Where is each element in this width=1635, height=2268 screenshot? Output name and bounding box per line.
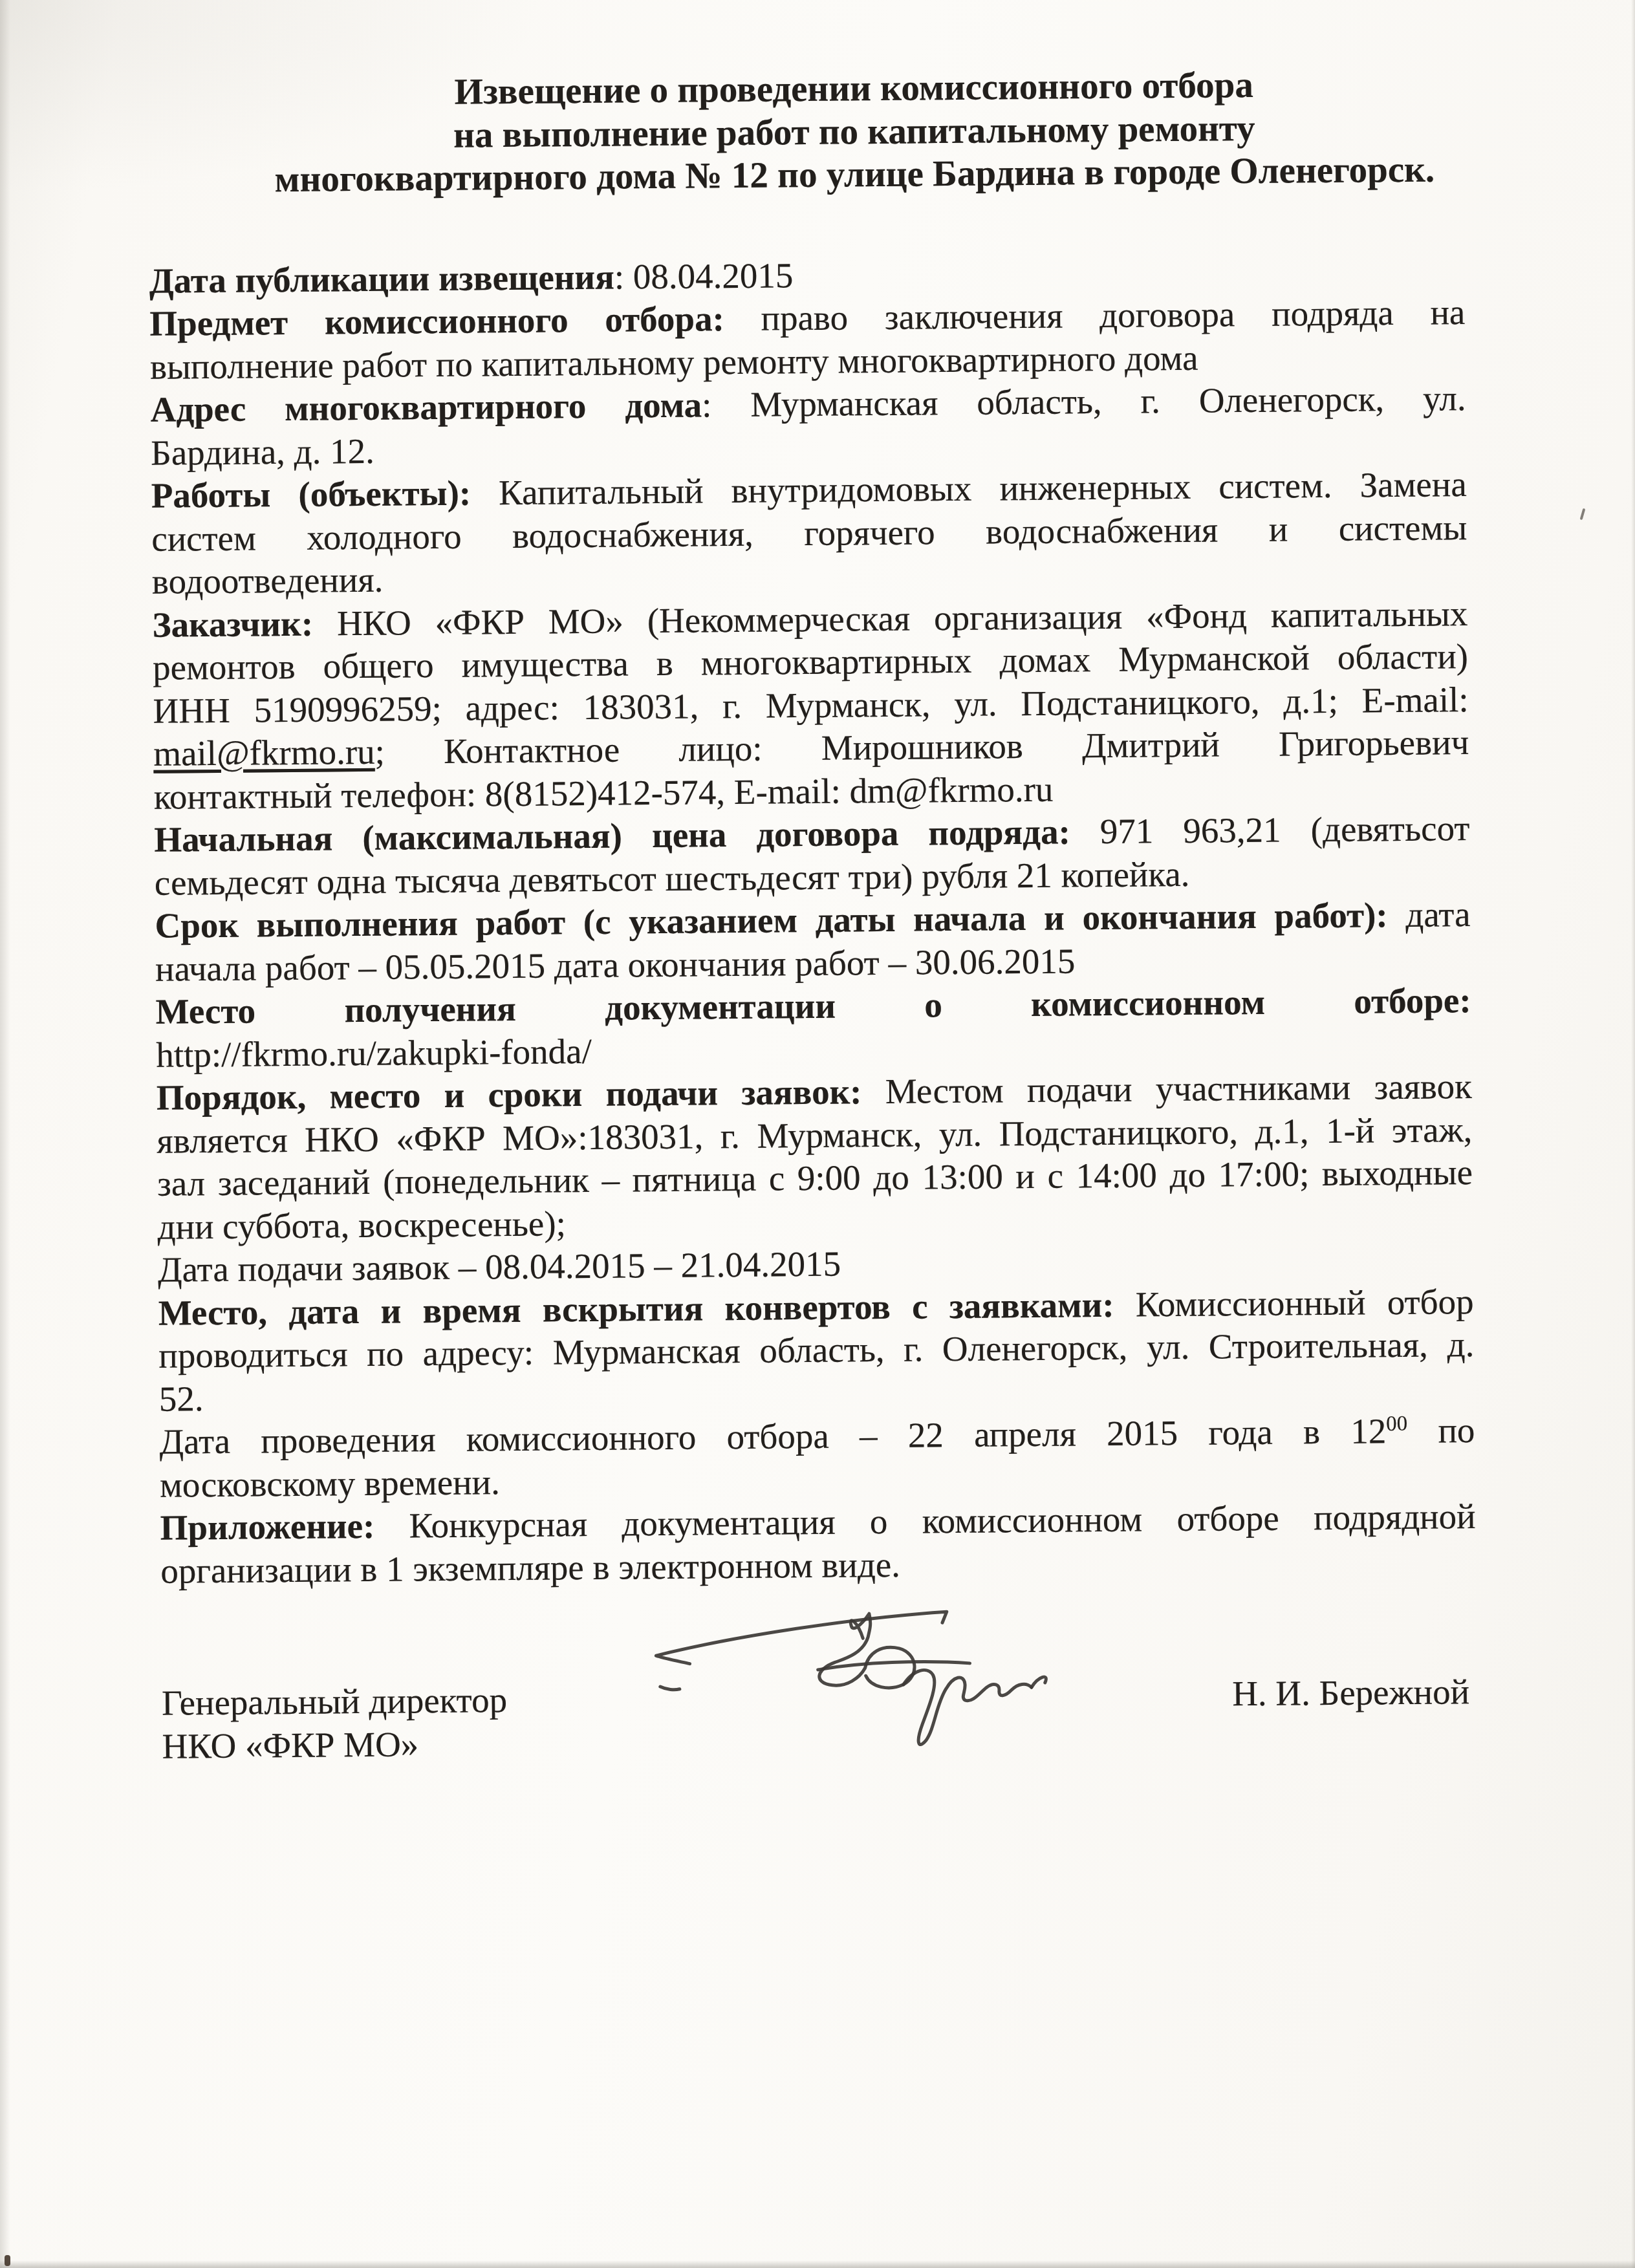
scan-edge-shadow-right — [1631, 0, 1635, 2268]
handwritten-signature — [643, 1598, 1058, 1757]
paragraph-4: Работы (объекты): Капитальный внутридомо… — [151, 463, 1467, 603]
scanned-document-page: Извещение о проведении комиссионного отб… — [0, 0, 1635, 2268]
signatory-name: Н. И. Бережной — [1232, 1670, 1469, 1716]
paragraph-3: Адрес многоквартирного дома: Мурманская … — [150, 377, 1466, 475]
paragraph-9: Порядок, место и сроки подачи заявок: Ме… — [157, 1065, 1473, 1249]
paragraph-12: Дата проведения комиссионного отбора – 2… — [159, 1409, 1475, 1507]
signatory-position: Генеральный директорНКО «ФКР МО» — [162, 1679, 508, 1768]
signatory-position-line2: НКО «ФКР МО» — [162, 1724, 418, 1766]
document-title: Извещение о проведении комиссионного отб… — [147, 62, 1464, 202]
document-content: Извещение о проведении комиссионного отб… — [147, 62, 1478, 1768]
scan-edge-shadow-left — [0, 0, 10, 2268]
paragraph-13: Приложение: Конкурсная документация о ко… — [160, 1495, 1476, 1593]
email-text: mail@fkrmo.ru — [153, 732, 375, 773]
paragraph-5: Заказчик: НКО «ФКР МО» (Некоммерческая о… — [152, 592, 1469, 819]
scan-artifact-tick — [1580, 508, 1586, 520]
paragraph-7: Срок выполнения работ (с указанием даты … — [155, 893, 1471, 991]
paragraph-6: Начальная (максимальная) цена договора п… — [154, 807, 1470, 905]
paragraph-8: Место получения документации о комиссион… — [155, 979, 1471, 1077]
paragraph-11: Место, дата и время вскрытия конвертов с… — [158, 1280, 1475, 1421]
scan-edge-shadow-bottom — [0, 2260, 1635, 2268]
paragraph-2: Предмет комиссионного отбора: право закл… — [149, 291, 1466, 389]
document-body: Дата публикации извещения: 08.04.2015Пре… — [149, 248, 1477, 1593]
signatory-position-line1: Генеральный директор — [162, 1680, 508, 1723]
signature-block: Генеральный директорНКО «ФКР МО» Н. И. Б… — [162, 1670, 1478, 1768]
scan-artifact-speck — [5, 2255, 10, 2266]
